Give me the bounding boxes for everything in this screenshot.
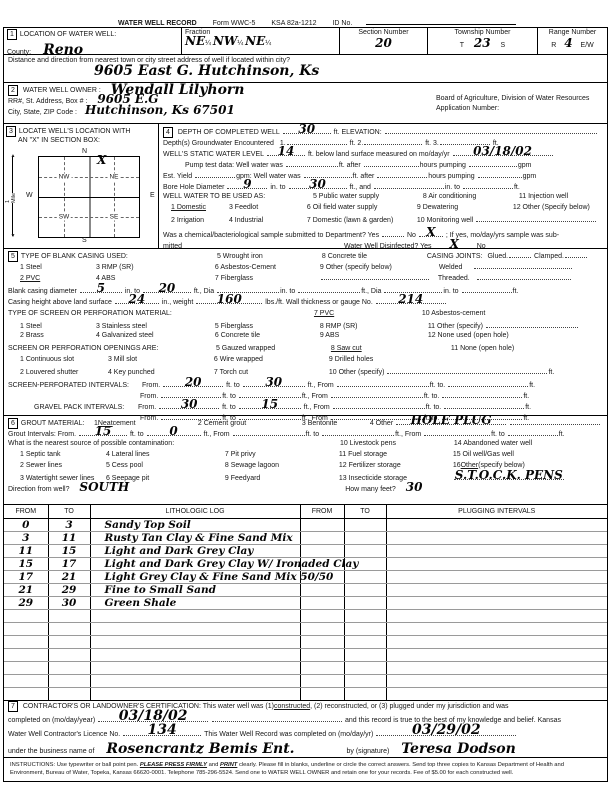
quarter-line — [64, 157, 65, 237]
sw-quadrant-label: SW — [57, 214, 71, 221]
arrow-up-icon: ▲ — [11, 154, 16, 158]
wall-thickness-label: lbs./ft. Wall thickness or gauge No. — [265, 297, 373, 308]
township-value: 23 — [474, 36, 491, 50]
township-s: S — [501, 42, 506, 49]
gravel-pack-to-value: 15 — [261, 399, 278, 410]
depth-leader: 30 — [283, 125, 331, 134]
gp-to-leader: 15 — [239, 400, 301, 409]
casing-weight-value: 160 — [217, 294, 242, 305]
county-cell: 1LOCATION OF WATER WELL: County: Reno — [4, 28, 182, 54]
log-to-value: 30 — [62, 597, 77, 609]
opening-option-1: 1 Continuous slot — [20, 354, 106, 365]
screen-option-6: 6 Concrete tile — [215, 330, 318, 341]
opening-option-3: 3 Mill slot — [108, 354, 212, 365]
section-number-value: 20 — [375, 36, 392, 50]
log-row: 11 15 Light and Dark Grey Clay — [4, 545, 607, 558]
licence-value: 134 — [148, 723, 177, 737]
log-empty-row — [4, 688, 607, 701]
leader — [565, 249, 587, 258]
log-row: 3 11 Rusty Tan Clay & Fine Sand Mix — [4, 532, 607, 545]
press-firmly-emphasis: PLEASE PRESS FIRMLY — [140, 762, 207, 768]
static-date-leader: 03/18/02 — [453, 147, 553, 156]
log-to-value: 17 — [62, 558, 77, 570]
section-6-grout: 6GROUT MATERIAL: 1 Neat cement 2 Cement … — [4, 416, 607, 505]
fraction-3-value: NE — [245, 36, 265, 47]
sp-from-leader: 20 — [163, 378, 223, 387]
leader — [387, 365, 547, 374]
gauge-value: 214 — [398, 294, 423, 305]
record-date-leader: 03/29/02 — [376, 727, 516, 736]
log-from-value: 15 — [18, 558, 33, 570]
leader — [321, 271, 429, 280]
bore-depth-leader: 30 — [289, 180, 347, 189]
leader — [287, 136, 347, 145]
leader — [477, 271, 571, 280]
height-leader: 24 — [115, 295, 159, 304]
leader — [333, 400, 425, 409]
section-1-number: 1 — [7, 29, 17, 40]
direction-value: SOUTH — [79, 482, 129, 493]
quarter-line — [114, 157, 115, 237]
opening-option-8-selected: 8 Saw cut — [331, 343, 449, 354]
contamination-option-11: 11 Fuel storage — [339, 449, 451, 460]
diam-ft-leader: 20 — [143, 284, 191, 293]
leader — [195, 169, 235, 178]
township-cell: Township Number T 23 S — [428, 28, 538, 54]
opening-option-5: 5 Gauzed wrapped — [216, 343, 329, 354]
log-desc-value: Light and Dark Grey Clay — [105, 545, 254, 557]
screen-material-title: TYPE OF SCREEN OR PERFORATION MATERIAL: — [8, 308, 312, 319]
casing-option-2-selected: 2 PVC — [20, 273, 94, 284]
quarter-glyph: ¼ — [265, 38, 271, 49]
screen-option-7-selected: 7 PVC — [314, 308, 420, 319]
log-header-from: FROM — [4, 505, 48, 519]
record-completed-label: This Water Well Record was completed on … — [204, 728, 373, 742]
leader — [442, 389, 522, 398]
township-label: Township Number — [431, 29, 534, 36]
sp-to-leader: 30 — [243, 378, 305, 387]
leader — [286, 158, 338, 167]
leader — [463, 180, 513, 189]
bore-diam-leader: 9 — [227, 180, 267, 189]
constructed-selected: constructed — [274, 701, 310, 713]
opening-option-11: 11 None (open hole) — [451, 343, 514, 354]
screen-intervals-label: SCREEN-PERFORATED INTERVALS: — [8, 380, 140, 391]
print-emphasis: PRINT — [220, 762, 237, 768]
leader — [364, 158, 419, 167]
contamination-option-15: 15 Oil well/Gas well — [453, 449, 514, 460]
arrow-down-icon: ▼ — [11, 234, 16, 238]
depth-value: 30 — [298, 124, 315, 135]
ne-quadrant-label: NE — [107, 174, 120, 181]
log-header-to: TO — [48, 505, 90, 519]
grout-other-value: HOLE PLUG — [411, 415, 492, 426]
distance-row: Distance and direction from nearest town… — [4, 55, 607, 83]
use-label: WELL WATER TO BE USED AS: — [163, 191, 311, 202]
section-3-locate: 3LOCATE WELL'S LOCATION WITH AN "X" IN S… — [4, 124, 159, 248]
section-4-depth: 4 DEPTH OF COMPLETED WELL 30 ft. ELEVATI… — [159, 124, 607, 248]
casing-depth-value: 20 — [159, 283, 176, 294]
signature-value: Teresa Dodson — [401, 741, 516, 757]
licence-label: Water Well Contractor's Licence No. — [8, 728, 120, 742]
sample-no-leader: X — [419, 228, 443, 237]
log-row: 15 17 Light and Dark Grey Clay W/ Ironad… — [4, 558, 607, 571]
section-box-diagram: NW NE SW SE X — [38, 156, 140, 238]
south-label: S — [82, 237, 87, 244]
section-number-label: Section Number — [343, 29, 424, 36]
form-header: WATER WELL RECORD Form WWC-5 KSA 82a-121… — [118, 16, 530, 27]
log-from-value: 21 — [18, 584, 33, 596]
log-header-to-2: TO — [344, 505, 386, 519]
contamination-option-1: 1 Septic tank — [20, 449, 104, 460]
grout-to-value: 0 — [169, 426, 177, 437]
instructions-block: INSTRUCTIONS: Use typewriter or ball poi… — [4, 758, 607, 781]
leader — [298, 284, 360, 293]
screen-interval-from-value: 20 — [185, 377, 202, 388]
licence-leader: 134 — [123, 727, 201, 736]
instructions-text: clearly. Please fill in blanks, underlin… — [237, 762, 564, 768]
use-option-2: 2 Irrigation — [171, 215, 227, 226]
use-option-12: 12 Other (Specify below) — [513, 202, 590, 213]
openings-title: SCREEN OR PERFORATION OPENINGS ARE: — [8, 343, 214, 354]
use-option-5: 5 Public water supply — [313, 191, 421, 202]
form-code: Form WWC-5 — [213, 20, 256, 27]
gpm-label: gpm — [523, 171, 537, 182]
log-from-value: 17 — [18, 571, 33, 583]
section-1-title: LOCATION OF WATER WELL: — [20, 31, 116, 38]
section-3-number: 3 — [6, 126, 16, 137]
log-row: 0 3 Sandy Top Soil — [4, 519, 607, 532]
in-weight-label: in., weight — [162, 297, 194, 308]
leader — [364, 136, 422, 145]
log-to-value: 3 — [65, 519, 72, 531]
leader — [486, 319, 578, 328]
log-empty-row — [4, 610, 607, 623]
use-option-8: 8 Air conditioning — [423, 191, 517, 202]
opening-option-2: 2 Louvered shutter — [20, 367, 106, 378]
bore-diameter-value: 9 — [243, 179, 251, 190]
id-no-label: ID No. — [332, 20, 352, 27]
west-label: W — [26, 192, 33, 199]
section-1-location: 1LOCATION OF WATER WELL: County: Reno Fr… — [4, 28, 607, 55]
well-x-mark: X — [97, 153, 106, 167]
section-number-cell: Section Number 20 — [340, 28, 428, 54]
how-many-feet-label: How many feet? — [345, 484, 396, 495]
contamination-option-10: 10 Livestock pens — [340, 438, 452, 449]
range-ew: E/W — [581, 42, 594, 49]
log-from-value: 29 — [18, 597, 33, 609]
log-desc-value: Sandy Top Soil — [105, 519, 191, 531]
contamination-option-8: 8 Sewage lagoon — [225, 460, 337, 471]
one-mile-scale: ▲ ▼ 1 Mile — [12, 156, 13, 236]
quarter-glyph: ¼ — [237, 38, 243, 49]
lithologic-log-table: FROM TO LITHOLOGIC LOG FROM TO PLUGGING … — [4, 505, 607, 701]
screen-option-4: 4 Galvanized steel — [96, 330, 213, 341]
screen-interval-to-value: 30 — [265, 377, 282, 388]
gauge-leader: 214 — [376, 295, 446, 304]
log-from-value: 0 — [22, 519, 29, 531]
quarter-line — [39, 217, 139, 218]
other-source-leader: S.T.O.C.K. PENS — [454, 471, 564, 480]
completed-on-label: completed on (mo/day/year) — [8, 714, 95, 728]
screen-option-9: 9 ABS — [320, 330, 426, 341]
static-level-value: 14 — [278, 146, 295, 157]
screen-option-2: 2 Brass — [20, 330, 94, 341]
contamination-option-7: 7 Pit privy — [225, 449, 337, 460]
record-date-value: 03/29/02 — [412, 723, 481, 737]
opening-option-10: 10 Other (specify) — [329, 367, 385, 378]
casing-option-4: 4 ABS — [96, 273, 213, 284]
contamination-option-14: 14 Abandoned water well — [454, 438, 532, 449]
use-option-4: 4 Industrial — [229, 215, 305, 226]
casing-diameter-value: 5 — [97, 283, 105, 294]
use-option-9: 9 Dewatering — [417, 202, 511, 213]
log-header-from-2: FROM — [300, 505, 344, 519]
other-source-value: S.T.O.C.K. PENS — [455, 470, 563, 481]
contamination-option-4: 4 Lateral lines — [106, 449, 223, 460]
gravel-pack-from-value: 30 — [181, 399, 198, 410]
use-option-11: 11 Injection well — [519, 191, 568, 202]
leader — [474, 260, 572, 269]
direction-label: Direction from well? — [8, 484, 69, 495]
log-desc-value: Light Grey Clay & Fine Sand Mix 50/50 — [105, 571, 334, 583]
range-cell: Range Number R 4 E/W — [538, 28, 607, 54]
section-2-owner: 2 WATER WELL OWNER : Wendall Lilyhorn RR… — [4, 83, 607, 124]
gp-from-leader: 30 — [159, 400, 219, 409]
completed-date-leader: 03/18/02 — [98, 713, 208, 722]
use-option-6: 6 Oil field water supply — [307, 202, 415, 213]
leader — [382, 228, 404, 237]
opening-option-6: 6 Wire wrapped — [214, 354, 327, 365]
log-desc-value: Light and Dark Grey Clay W/ Ironaded Cla… — [105, 558, 359, 570]
log-from-value: 11 — [18, 545, 33, 557]
casing-height-value: 24 — [129, 294, 146, 305]
leader — [469, 158, 517, 167]
contamination-question: What is the nearest source of possible c… — [8, 438, 338, 449]
casing-height-label: Casing height above land surface — [8, 297, 112, 308]
ft-label: ft. — [559, 429, 565, 440]
log-from-value: 3 — [22, 532, 29, 544]
locate-title-2: AN "X" IN SECTION BOX: — [6, 137, 156, 144]
quarter-glyph: ¼ — [205, 38, 211, 49]
se-quadrant-label: SE — [108, 214, 121, 221]
locate-title-1: LOCATE WELL'S LOCATION WITH — [19, 128, 131, 135]
gravel-pack-label: GRAVEL PACK INTERVALS: — [34, 402, 136, 413]
ft-label: ft. — [548, 367, 554, 378]
fraction-cell: Fraction NE¼ NW¼ NE¼ — [182, 28, 340, 54]
log-desc-value: Rusty Tan Clay & Fine Sand Mix — [105, 532, 293, 544]
log-to-value: 15 — [62, 545, 77, 557]
elevation-leader — [385, 125, 597, 134]
opening-option-9: 9 Drilled holes — [329, 354, 373, 365]
leader — [510, 416, 600, 425]
section-3-4: 3LOCATE WELL'S LOCATION WITH AN "X" IN S… — [4, 124, 607, 249]
static-leader: 14 — [267, 147, 305, 156]
certification-text-2: , (2) reconstructed, or (3) plugged unde… — [310, 701, 508, 713]
leader — [444, 400, 524, 409]
ft-label: ft. — [529, 380, 535, 391]
feet-value: 30 — [406, 482, 423, 493]
nw-quadrant-label: NW — [57, 174, 72, 181]
leader — [478, 169, 522, 178]
form-title: WATER WELL RECORD — [118, 20, 197, 27]
leader — [212, 713, 342, 722]
range-value: 4 — [564, 36, 572, 50]
log-to-value: 29 — [62, 584, 77, 596]
leader — [509, 249, 531, 258]
quarter-line — [39, 177, 139, 178]
grout-from-value: 15 — [95, 426, 112, 437]
section-5-casing: 5TYPE OF BLANK CASING USED: 5 Wrought ir… — [4, 249, 607, 416]
weight-leader: 160 — [196, 295, 262, 304]
business-name-label: under the business name of — [8, 744, 94, 760]
center-horizontal-line — [39, 197, 139, 198]
log-empty-row — [4, 636, 607, 649]
leader — [337, 378, 429, 387]
leader — [377, 169, 427, 178]
static-date-value: 03/18/02 — [473, 146, 532, 157]
log-to-value: 21 — [62, 571, 77, 583]
log-header-row: FROM TO LITHOLOGIC LOG FROM TO PLUGGING … — [4, 505, 607, 519]
casing-option-7: 7 Fiberglass — [215, 273, 318, 284]
leader — [462, 284, 512, 293]
business-name-value: Rosencrantz Bemis Ent. — [106, 741, 294, 757]
id-no-line — [366, 16, 516, 25]
city-label: City, State, ZIP Code : — [8, 107, 77, 118]
distance-value: 9605 East G. Hutchinson, Ks — [94, 63, 319, 79]
ft-label: ft. — [513, 286, 519, 297]
section-5-number: 5 — [8, 251, 18, 262]
board-label: Board of Agriculture, Division of Water … — [436, 95, 589, 102]
log-header-lithologic: LITHOLOGIC LOG — [90, 505, 300, 519]
section-7-number: 7 — [8, 701, 18, 712]
north-label: N — [82, 148, 87, 155]
log-empty-row — [4, 649, 607, 662]
use-option-7: 7 Domestic (lawn & garden) — [307, 215, 415, 226]
leader — [233, 427, 305, 436]
owner-value: Wendall Lilyhorn — [111, 85, 245, 96]
contamination-option-12: 12 Fertilizer storage — [339, 460, 451, 471]
screen-option-10: 10 Asbestos-cement — [422, 308, 485, 319]
leader — [508, 427, 558, 436]
leader — [331, 389, 423, 398]
city-value: Hutchinson, Ks 67501 — [85, 105, 235, 116]
screen-option-12: 12 None used (open hole) — [428, 330, 509, 341]
leader — [424, 427, 490, 436]
fraction-1-value: NE — [185, 36, 205, 47]
leader — [448, 378, 528, 387]
grout-other-leader: HOLE PLUG — [396, 416, 506, 425]
bore-depth-value: 30 — [309, 179, 326, 190]
range-label: Range Number — [541, 29, 604, 36]
log-empty-row — [4, 662, 607, 675]
water-well-record-scan: WATER WELL RECORD Form WWC-5 KSA 82a-121… — [0, 0, 611, 794]
leader — [374, 180, 444, 189]
completed-date-value: 03/18/02 — [119, 709, 188, 723]
instructions-text: INSTRUCTIONS: Use typewriter or ball poi… — [10, 762, 140, 768]
by-signature-label: by (signature) — [347, 744, 390, 760]
sample-no-x-mark: X — [426, 227, 435, 238]
gi-from-leader: 15 — [79, 427, 127, 436]
leader — [476, 213, 596, 222]
log-desc-value: Fine to Small Sand — [105, 584, 216, 596]
section-7-certification: 7 CONTRACTOR'S OR LANDOWNER'S CERTIFICAT… — [4, 701, 607, 758]
log-row: 29 30 Green Shale — [4, 597, 607, 610]
instructions-text: and — [207, 762, 220, 768]
log-desc-value: Green Shale — [105, 597, 177, 609]
township-t: T — [460, 42, 464, 49]
fraction-2-value: NW — [213, 36, 237, 47]
east-label: E — [150, 192, 155, 199]
board-block: Board of Agriculture, Division of Water … — [436, 95, 589, 112]
threaded-label: Threaded. — [438, 273, 476, 284]
one-mile-label: 1 Mile — [5, 193, 17, 203]
instructions-text-2: Environment, Bureau of Water, Topeka, Ka… — [10, 769, 601, 777]
gi-to-leader: 0 — [147, 427, 201, 436]
diam-leader: 5 — [80, 284, 122, 293]
log-empty-row — [4, 623, 607, 636]
log-header-plugging: PLUGGING INTERVALS — [386, 505, 607, 519]
leader — [322, 427, 394, 436]
use-option-1-selected: 1 Domestic — [171, 202, 227, 213]
range-r: R — [551, 42, 556, 49]
log-to-value: 11 — [62, 532, 77, 544]
log-empty-row — [4, 675, 607, 688]
log-row: 21 29 Fine to Small Sand — [4, 584, 607, 597]
form-ksa: KSA 82a-1212 — [271, 20, 316, 27]
form-body: 1LOCATION OF WATER WELL: County: Reno Fr… — [3, 27, 608, 782]
contamination-option-5: 5 Cess pool — [106, 460, 223, 471]
use-option-3: 3 Feedlot — [229, 202, 305, 213]
contamination-option-2: 2 Sewer lines — [20, 460, 104, 471]
application-number-label: Application Number: — [436, 105, 589, 112]
log-row: 17 21 Light Grey Clay & Fine Sand Mix 50… — [4, 571, 607, 584]
